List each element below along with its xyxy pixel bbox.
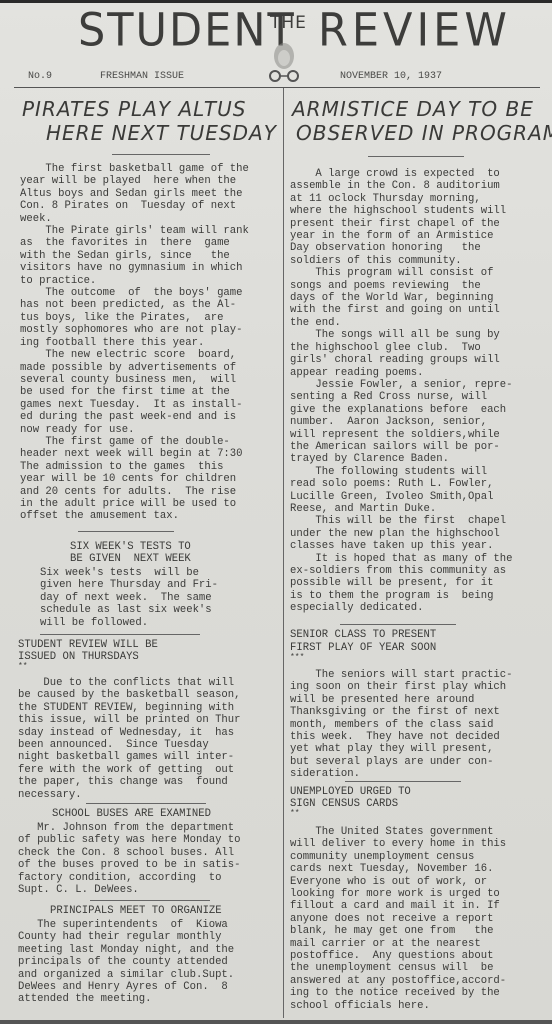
text-line: songs and poems reviewing the	[290, 280, 513, 292]
text-line: but several plays are under con-	[290, 756, 513, 768]
text-line: senting a Red Cross nurse, will	[290, 391, 513, 403]
divider-rule	[340, 624, 456, 625]
text-line: postoffice. Any questions about	[290, 950, 506, 962]
divider-rule	[40, 634, 200, 635]
text-line: header next week will begin at 7:30	[20, 448, 249, 460]
text-line: will deliver to every home in this	[290, 838, 506, 850]
text-line: sideration.	[290, 768, 513, 780]
text-line: night basketball games will inter-	[18, 751, 241, 763]
page-bottom-edge	[0, 1020, 552, 1024]
text-line: games next Tuesday. It as install-	[20, 399, 249, 411]
text-line: fillout a card and mail it in. If	[290, 900, 506, 912]
text-line: answered at any postoffice,accord-	[290, 975, 506, 987]
heading-census-line2: SIGN CENSUS CARDS	[290, 798, 398, 810]
divider-rule	[90, 900, 210, 901]
text-line: sday instead of Wednesday, it has	[18, 727, 241, 739]
text-line: assemble in the Con. 8 auditorium	[290, 180, 513, 192]
text-line: The songs will all be sung by	[290, 329, 513, 341]
text-line: A large crowd is expected to	[290, 168, 513, 180]
text-line: school officials here.	[290, 1000, 506, 1012]
text-line: classes have taken up this year.	[290, 540, 513, 552]
text-line: fere with the work of getting out	[18, 764, 241, 776]
heading-census-line1: UNEMPLOYED URGED TO	[290, 786, 411, 798]
text-line: The admission to the games this	[20, 461, 249, 473]
text-line: The United States government	[290, 826, 506, 838]
text-line: year in the form of an Armistice	[290, 230, 513, 242]
text-line: cards next Tuesday, November 16.	[290, 863, 506, 875]
marker-thursdays: **	[18, 661, 28, 673]
text-line: several county business men, will	[20, 374, 249, 386]
divider-rule	[86, 803, 206, 804]
article-pirates-body: The first basketball game of theyear wil…	[20, 163, 249, 523]
text-line: the American sailors will be por-	[290, 441, 513, 453]
article-armistice-body: A large crowd is expected toassemble in …	[290, 168, 513, 615]
heading-tests-line2: BE GIVEN NEXT WEEK	[70, 553, 191, 565]
text-line: appear reading poems.	[290, 367, 513, 379]
text-line: necessary.	[18, 789, 241, 801]
issue-date: NOVEMBER 10, 1937	[340, 71, 442, 82]
text-line: trayed by Clarence Baden.	[290, 453, 513, 465]
text-line: mostly sophomores who are not play-	[20, 324, 249, 336]
text-line: anyone does not receive a report	[290, 913, 506, 925]
heading-buses: SCHOOL BUSES ARE EXAMINED	[52, 808, 211, 820]
divider-rule	[368, 156, 464, 157]
text-line: The Pirate girls' team will rank	[20, 225, 249, 237]
text-line: the end.	[290, 317, 513, 329]
text-line: factory condition, according to	[18, 872, 241, 884]
heading-principals: PRINCIPALS MEET TO ORGANIZE	[50, 905, 222, 917]
text-line: day of next week. The same	[40, 592, 218, 604]
text-line: the paper, this change was found	[18, 776, 241, 788]
text-line: Mr. Johnson from the department	[18, 822, 241, 834]
text-line: The superintendents of Kiowa	[18, 919, 234, 931]
text-line: Six week's tests will be	[40, 567, 218, 579]
text-line: DeWees and Henry Ayres of Con. 8	[18, 981, 234, 993]
text-line: and 20 cents for adults. The rise	[20, 486, 249, 498]
text-line: given here Thursday and Fri-	[40, 579, 218, 591]
text-line: attended the meeting.	[18, 993, 234, 1005]
article-senior-body: The seniors will start practic-ing soon …	[290, 669, 513, 781]
text-line: Thanksgiving or the first of next	[290, 706, 513, 718]
text-line: looking for more work is urged to	[290, 888, 506, 900]
marker-senior: ***	[290, 652, 304, 664]
masthead-rule	[14, 87, 540, 88]
text-line: this week. They have not decided	[290, 731, 513, 743]
text-line: blank, he may get one from the	[290, 925, 506, 937]
heading-senior-line2: FIRST PLAY OF YEAR SOON	[290, 642, 436, 654]
headline-armistice-line2: OBSERVED IN PROGRAM	[296, 121, 552, 145]
text-line: has not been predicted, as the Al-	[20, 299, 249, 311]
text-line: year will be played here when the	[20, 175, 249, 187]
heading-thursdays-line2: ISSUED ON THURSDAYS	[18, 651, 139, 663]
text-line: will be presented here around	[290, 694, 513, 706]
issue-edition: FRESHMAN ISSUE	[100, 71, 184, 82]
text-line: of public safety was here Monday to	[18, 834, 241, 846]
text-line: ed during the past week-end and is	[20, 411, 249, 423]
text-line: This program will consist of	[290, 267, 513, 279]
text-line: read solo poems: Ruth L. Fowler,	[290, 478, 513, 490]
text-line: Everyone who is out of work, or	[290, 876, 506, 888]
text-line: the STUDENT REVIEW, beginning with	[18, 702, 241, 714]
text-line: Lucille Green, Ivoleo Smith,Opal	[290, 491, 513, 503]
divider-rule	[78, 531, 174, 532]
page-top-edge	[0, 0, 552, 3]
text-line: with the first and going on until	[290, 304, 513, 316]
text-line: Altus boys and Sedan girls meet the	[20, 188, 249, 200]
column-divider	[283, 88, 284, 1018]
masthead-title-the: THE	[270, 13, 307, 33]
headline-pirates-line2: HERE NEXT TUESDAY	[46, 121, 277, 145]
text-line: made possible by advertisements of	[20, 362, 249, 374]
divider-rule	[345, 781, 461, 782]
text-line: be used for the first time at the	[20, 386, 249, 398]
text-line: will represent the soldiers,while	[290, 429, 513, 441]
text-line: meeting last Monday night, and the	[18, 944, 234, 956]
text-line: especially dedicated.	[290, 602, 513, 614]
text-line: The first game of the double-	[20, 436, 249, 448]
newspaper-page: STUDENT THE REVIEW No.9 FRESHMAN ISSUE N…	[0, 0, 552, 1024]
text-line: under the new plan the highschool	[290, 528, 513, 540]
text-line: possible will be present, for it	[290, 577, 513, 589]
issue-number: No.9	[28, 71, 52, 82]
headline-armistice-line1: ARMISTICE DAY TO BE	[292, 97, 534, 121]
text-line: Jessie Fowler, a senior, repre-	[290, 379, 513, 391]
heading-tests-line1: SIX WEEK'S TESTS TO	[70, 541, 191, 553]
text-line: now ready for use.	[20, 424, 249, 436]
article-census-body: The United States governmentwill deliver…	[290, 826, 506, 1012]
text-line: Reese, and Martin Duke.	[290, 503, 513, 515]
text-line: where the highschool students will	[290, 205, 513, 217]
text-line: yet what play they will present,	[290, 743, 513, 755]
text-line: ing football there this year.	[20, 337, 249, 349]
text-line: week.	[20, 213, 249, 225]
text-line: The outcome of the boys' game	[20, 287, 249, 299]
text-line: and organized a similar club.Supt.	[18, 969, 234, 981]
text-line: The new electric score board,	[20, 349, 249, 361]
text-line: The first basketball game of the	[20, 163, 249, 175]
text-line: The following students will	[290, 466, 513, 478]
text-line: The seniors will start practic-	[290, 669, 513, 681]
text-line: of the buses proved to be in satis-	[18, 859, 241, 871]
text-line: the highschool glee club. Two	[290, 342, 513, 354]
text-line: County had their regular monthly	[18, 931, 234, 943]
text-line: be caused by the basketball season,	[18, 689, 241, 701]
article-thursdays-body: Due to the conflicts that willbe caused …	[18, 677, 241, 801]
pirate-head-icon	[266, 36, 302, 86]
text-line: the unemployment census will be	[290, 962, 506, 974]
text-line: principals of the county attended	[18, 956, 234, 968]
text-line: at 11 oclock Thursday morning,	[290, 193, 513, 205]
text-line: give the explanations before each	[290, 404, 513, 416]
text-line: ex-soldiers from this community as	[290, 565, 513, 577]
headline-pirates-line1: PIRATES PLAY ALTUS	[22, 97, 246, 121]
masthead-title-student: STUDENT	[78, 9, 296, 54]
text-line: mail carrier or at the nearest	[290, 938, 506, 950]
text-line: Supt. C. L. DeWees.	[18, 884, 241, 896]
heading-senior-line1: SENIOR CLASS TO PRESENT	[290, 629, 436, 641]
text-line: This will be the first chapel	[290, 515, 513, 527]
text-line: soldiers of this community.	[290, 255, 513, 267]
text-line: It is hoped that as many of the	[290, 553, 513, 565]
text-line: ing soon on their first play which	[290, 681, 513, 693]
text-line: number. Aaron Jackson, senior,	[290, 416, 513, 428]
text-line: check the Con. 8 school buses. All	[18, 847, 241, 859]
article-tests-body: Six week's tests will begiven here Thurs…	[40, 567, 218, 629]
text-line: been announced. Since Tuesday	[18, 739, 241, 751]
text-line: to practice.	[20, 275, 249, 287]
text-line: offset the amusement tax.	[20, 510, 249, 522]
text-line: community unemployment census	[290, 851, 506, 863]
article-buses-body: Mr. Johnson from the departmentof public…	[18, 822, 241, 896]
marker-census: **	[290, 808, 300, 820]
text-line: present their first chapel of the	[290, 218, 513, 230]
text-line: Due to the conflicts that will	[18, 677, 241, 689]
text-line: month, members of the class said	[290, 719, 513, 731]
masthead-title-review: REVIEW	[318, 9, 511, 54]
text-line: Day observation honoring the	[290, 242, 513, 254]
article-principals-body: The superintendents of KiowaCounty had t…	[18, 919, 234, 1006]
text-line: visitors have no gymnasium in which	[20, 262, 249, 274]
text-line: Con. 8 Pirates on Tuesday of next	[20, 200, 249, 212]
text-line: will be followed.	[40, 617, 218, 629]
text-line: is to them the program is being	[290, 590, 513, 602]
text-line: year will be 10 cents for children	[20, 473, 249, 485]
text-line: schedule as last six week's	[40, 604, 218, 616]
text-line: this issue, will be printed on Thur	[18, 714, 241, 726]
text-line: days of the World War, beginning	[290, 292, 513, 304]
text-line: as the favorites in there game	[20, 237, 249, 249]
heading-thursdays-line1: STUDENT REVIEW WILL BE	[18, 639, 158, 651]
divider-rule	[112, 154, 210, 155]
text-line: tus boys, like the Pirates, are	[20, 312, 249, 324]
text-line: girls' choral reading groups will	[290, 354, 513, 366]
text-line: in the adult price will be used to	[20, 498, 249, 510]
text-line: with the Sedan girls, since the	[20, 250, 249, 262]
text-line: ing to the notice received by the	[290, 987, 506, 999]
